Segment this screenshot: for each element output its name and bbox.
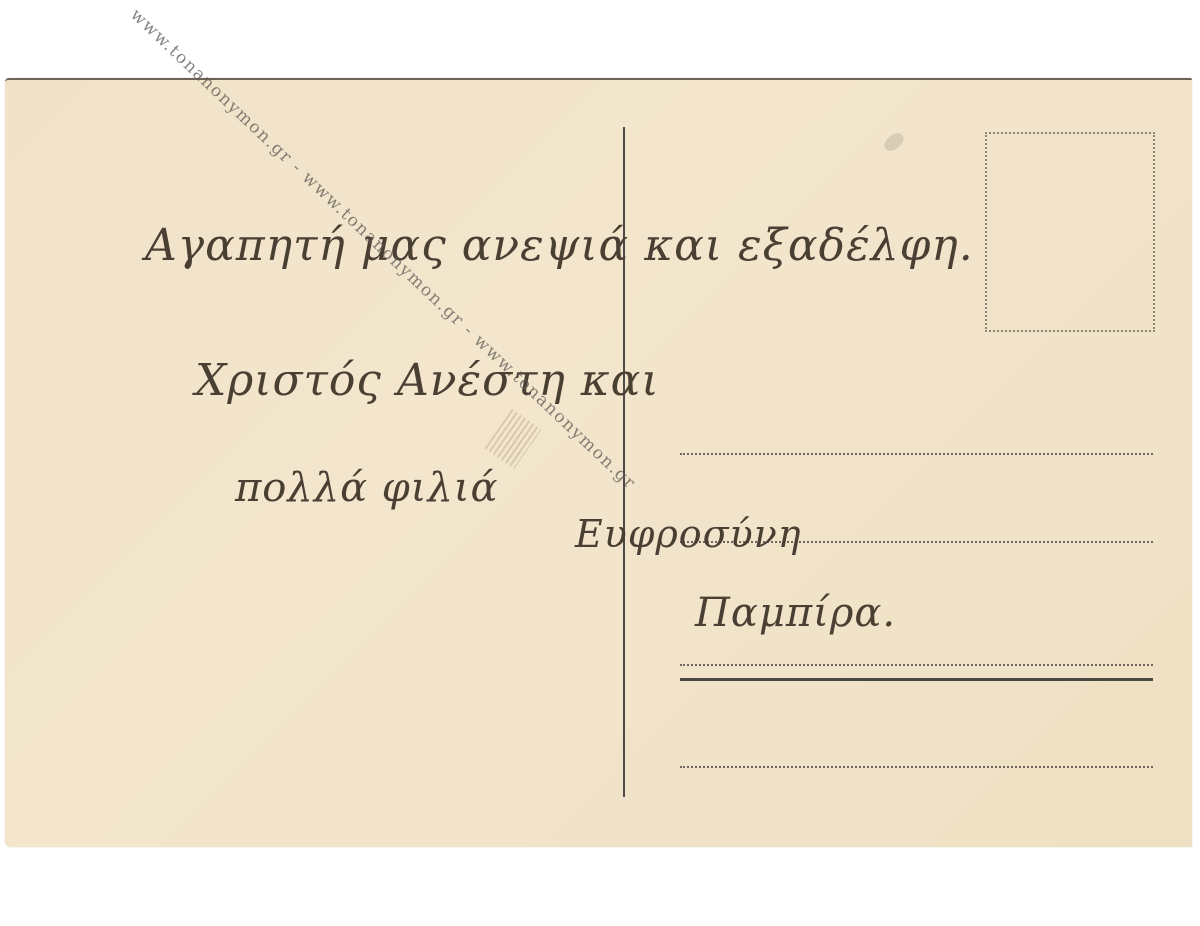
- address-line-1: [680, 453, 1153, 455]
- message-line-1: Αγαπητή μας ανεψιά και εξαδέλφη.: [145, 220, 974, 271]
- message-line-3: πολλά φιλιά: [235, 465, 499, 511]
- address-line-4: [680, 766, 1153, 768]
- stamp-box: [985, 132, 1155, 332]
- address-underline-solid: [680, 678, 1153, 681]
- signature-first-name: Ευφροσύνη: [575, 512, 802, 556]
- signature-last-name: Παμπίρα.: [695, 590, 896, 636]
- address-line-3: [680, 664, 1153, 666]
- pencil-mark: [881, 130, 907, 155]
- ink-smudge: [484, 409, 541, 469]
- message-line-2: Χριστός Ανέστη και: [195, 355, 660, 406]
